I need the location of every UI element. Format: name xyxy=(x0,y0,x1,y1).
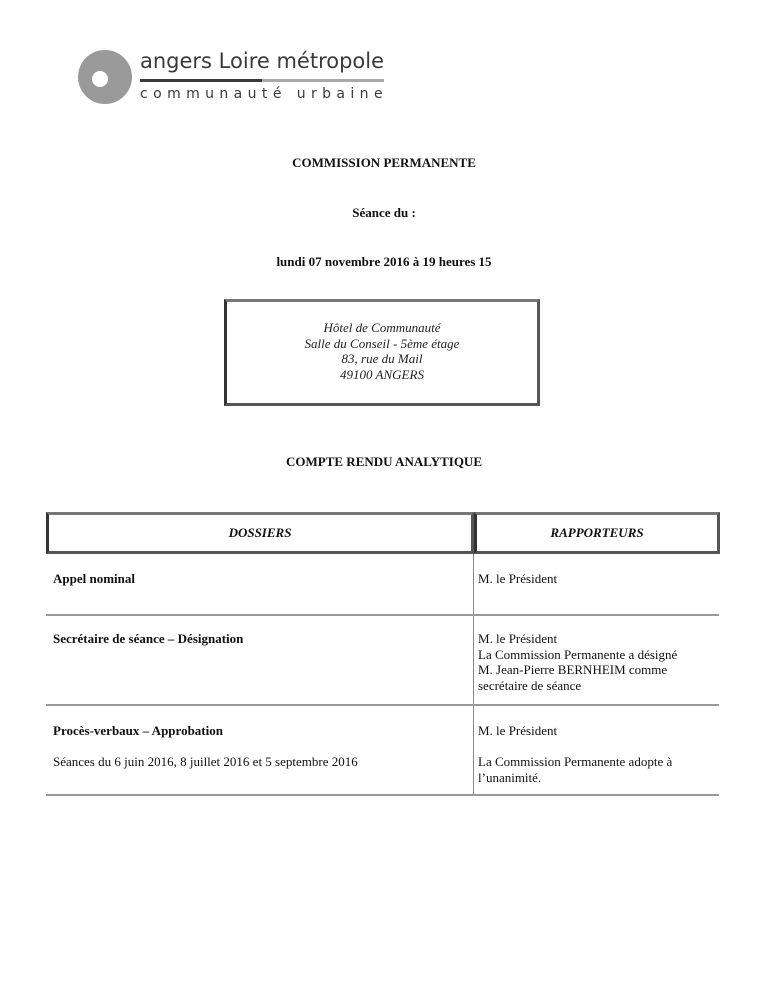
table-row-rapporteur: M. le Président xyxy=(478,571,718,587)
row-divider xyxy=(46,794,719,796)
row-divider xyxy=(46,704,719,706)
table-row-dossier: Procès-verbaux – Approbation xyxy=(53,723,463,739)
session-date: lundi 07 novembre 2016 à 19 heures 15 xyxy=(0,254,768,270)
rapporteur-detail: secrétaire de séance xyxy=(478,678,718,694)
table-row-rapporteur: M. le Président xyxy=(478,723,718,739)
table-row-dossier-detail: Séances du 6 juin 2016, 8 juillet 2016 e… xyxy=(53,754,463,770)
rapporteur-detail: M. Jean-Pierre BERNHEIM comme xyxy=(478,662,718,678)
header-dossiers: DOSSIERS xyxy=(46,512,474,554)
address-box: Hôtel de Communauté Salle du Conseil - 5… xyxy=(224,299,540,406)
document-title: COMMISSION PERMANENTE xyxy=(0,155,768,171)
logo-name: angers Loire métropole xyxy=(140,49,384,73)
address-line: Salle du Conseil - 5ème étage xyxy=(227,336,537,352)
header-rapporteurs: RAPPORTEURS xyxy=(474,512,720,554)
table-row-dossier: Secrétaire de séance – Désignation xyxy=(53,631,463,647)
row-divider xyxy=(46,614,719,616)
table-row-rapporteur-detail: La Commission Permanente adopte à l’unan… xyxy=(478,754,718,785)
table-row-dossier: Appel nominal xyxy=(53,571,463,587)
rapporteur-detail: La Commission Permanente adopte à xyxy=(478,754,718,770)
session-label: Séance du : xyxy=(0,205,768,221)
address-line: 49100 ANGERS xyxy=(227,367,537,383)
logo-rule xyxy=(140,79,262,82)
address-line: 83, rue du Mail xyxy=(227,351,537,367)
rapporteur-detail: l’unanimité. xyxy=(478,770,718,786)
logo-disc-icon xyxy=(78,50,132,104)
table-row-rapporteur: M. le Président La Commission Permanente… xyxy=(478,631,718,693)
address-line: Hôtel de Communauté xyxy=(227,320,537,336)
rapporteur-detail: La Commission Permanente a désigné xyxy=(478,647,718,663)
column-divider xyxy=(473,554,474,796)
report-title: COMPTE RENDU ANALYTIQUE xyxy=(0,454,768,470)
logo-rule xyxy=(262,79,384,82)
rapporteur-name: M. le Président xyxy=(478,631,718,647)
logo-subtitle: communauté urbaine xyxy=(140,86,388,102)
logo: angers Loire métropole communauté urbain… xyxy=(78,48,388,108)
